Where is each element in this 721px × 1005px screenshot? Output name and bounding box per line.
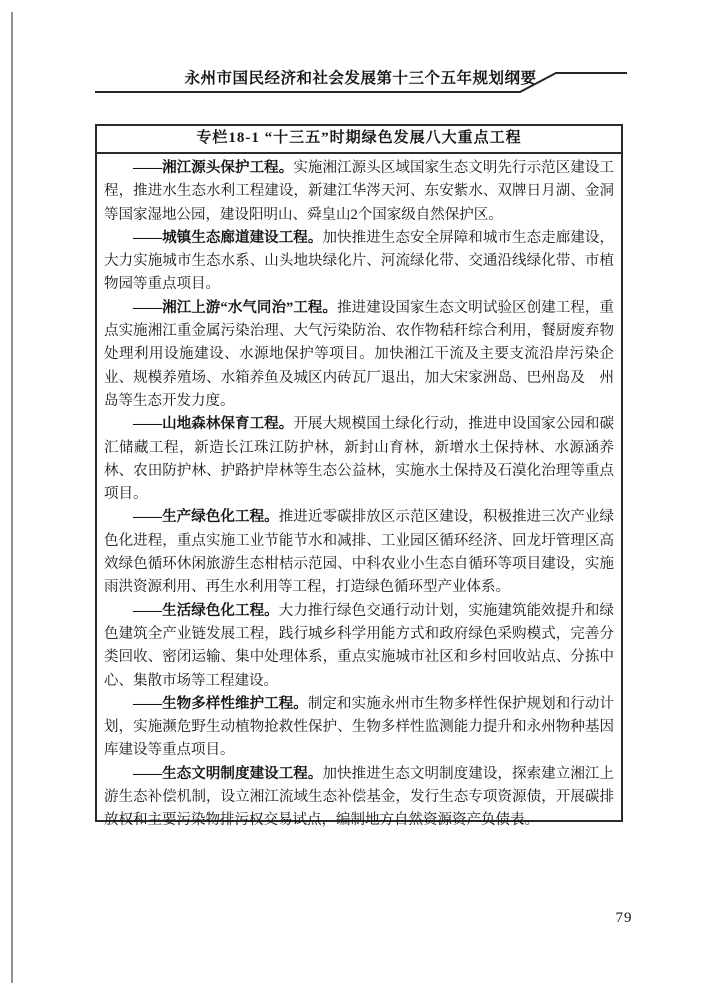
project-name: ——山地森林保育工程。 (133, 416, 293, 432)
project-name: ——城镇生态廊道建设工程。 (133, 230, 322, 246)
project-name: ——生物多样性维护工程。 (133, 696, 308, 712)
page-number: 79 (600, 910, 648, 927)
project-name: ——生态文明制度建设工程。 (133, 766, 322, 782)
project-paragraph-8: ——生态文明制度建设工程。加快推进生态文明制度建设，探索建立湘江上游生态补偿机制… (104, 763, 614, 833)
project-paragraph-1: ——湘江源头保护工程。实施湘江源头区域国家生态文明先行示范区建设工程，推进水生态… (104, 157, 614, 227)
project-paragraph-5: ——生产绿色化工程。推进近零碳排放区示范区建设，积极推进三次产业绿色化进程，重点… (104, 506, 614, 599)
document-page: 永州市国民经济和社会发展第十三个五年规划纲要 专栏18-1 “十三五”时期绿色发… (0, 0, 721, 1005)
project-paragraph-6: ——生活绿色化工程。大力推行绿色交通行动计划，实施建筑能效提升和绿色建筑全产业链… (104, 600, 614, 693)
project-paragraph-4: ——山地森林保育工程。开展大规模国土绿化行动，推进申设国家公园和碳汇储藏工程，新… (104, 413, 614, 506)
header-rule-decoration (0, 0, 721, 110)
project-description: 推进建设国家生态文明试验区创建工程，重点实施湘江重金属污染治理、大气污染防治、农… (104, 300, 614, 409)
project-name: ——生产绿色化工程。 (133, 509, 279, 525)
scan-edge-line (11, 12, 13, 983)
project-name: ——生活绿色化工程。 (133, 603, 279, 619)
column-box-body: ——湘江源头保护工程。实施湘江源头区域国家生态文明先行示范区建设工程，推进水生态… (97, 154, 621, 833)
column-box-title: 专栏18-1 “十三五”时期绿色发展八大重点工程 (97, 126, 621, 154)
project-name: ——湘江源头保护工程。 (133, 160, 293, 176)
project-paragraph-2: ——城镇生态廊道建设工程。加快推进生态安全屏障和城市生态走廊建设，大力实施城市生… (104, 227, 614, 297)
project-paragraph-7: ——生物多样性维护工程。制定和实施永州市生物多样性保护规划和行动计划，实施濒危野… (104, 693, 614, 763)
feature-column-box: 专栏18-1 “十三五”时期绿色发展八大重点工程 ——湘江源头保护工程。实施湘江… (95, 124, 623, 822)
project-name: ——湘江上游“水气同治”工程。 (133, 300, 337, 316)
project-paragraph-3: ——湘江上游“水气同治”工程。推进建设国家生态文明试验区创建工程，重点实施湘江重… (104, 297, 614, 413)
